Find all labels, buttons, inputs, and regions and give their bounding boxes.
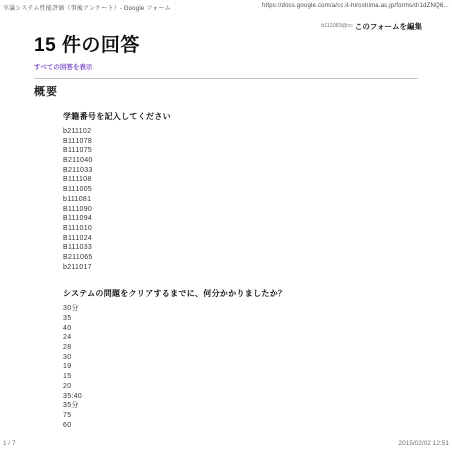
answer-list: 30分354024283019152035:4035分7560 [63,304,418,430]
answer-item: B111078 [63,137,418,147]
account-bar: b111083@ccこのフォームを編集 [321,21,422,32]
question-title: 学籍番号を記入してください [63,111,418,122]
show-all-responses-link[interactable]: すべての回答を表示 [34,62,92,71]
edit-form-link[interactable]: このフォームを編集 [355,22,422,31]
divider [34,78,418,79]
answer-item: B111075 [63,146,418,156]
answer-item: 19 [63,362,418,372]
print-header: 卒論システム性能評価（事後アンケート）- Google フォーム https:/… [3,3,449,12]
answer-item: 15 [63,372,418,382]
answer-list: b211102B111078B111075B211040B211033B1111… [63,127,418,272]
summary-heading: 概要 [34,83,418,99]
print-footer: 1 / 7 2015/02/02 12:51 [3,440,449,447]
answer-item: 35:40 [63,392,418,402]
page-title: 15 件の回答 [34,36,418,56]
answer-item: 24 [63,333,418,343]
answer-item: 28 [63,343,418,353]
responses-summary-page: 15 件の回答 すべての回答を表示 概要 学籍番号を記入してください b2111… [34,36,418,430]
answer-item: b111081 [63,195,418,205]
account-email: b111083@cc [321,23,353,29]
answer-item: B111033 [63,243,418,253]
answer-item: b211102 [63,127,418,137]
answer-item: 35 [63,314,418,324]
question-block-student-id: 学籍番号を記入してください b211102B111078B111075B2110… [63,111,418,272]
answer-item: 30分 [63,304,418,314]
answer-item: B111090 [63,205,418,215]
answer-item: 30 [63,353,418,363]
question-block-minutes: システムの問題をクリアするまでに、何分かかりましたか？ 30分354024283… [63,288,418,430]
answer-item: 75 [63,411,418,421]
page-indicator: 1 / 7 [3,440,16,447]
print-header-url: https://docs.google.com/a/cc.it-hiroshim… [262,3,449,12]
print-timestamp: 2015/02/02 12:51 [398,440,449,447]
print-header-doc-title: 卒論システム性能評価（事後アンケート）- Google フォーム [3,3,171,12]
answer-item: B111094 [63,214,418,224]
answer-item: B211040 [63,156,418,166]
answer-item: 60 [63,421,418,431]
answer-item: B211033 [63,166,418,176]
answer-item: 40 [63,324,418,334]
answer-item: B111005 [63,185,418,195]
answer-item: B211065 [63,253,418,263]
answer-item: B111108 [63,175,418,185]
answer-item: 35分 [63,401,418,411]
answer-item: 20 [63,382,418,392]
answer-item: b211017 [63,263,418,273]
answer-item: B111024 [63,234,418,244]
question-title: システムの問題をクリアするまでに、何分かかりましたか？ [63,288,418,299]
answer-item: B111010 [63,224,418,234]
